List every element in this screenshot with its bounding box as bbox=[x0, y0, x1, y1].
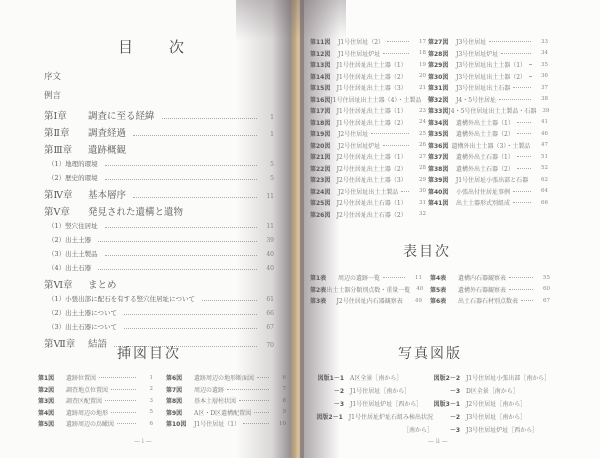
leader-dots bbox=[509, 277, 533, 278]
top-shadow bbox=[236, 0, 346, 40]
toc-label: （4）出土石器 bbox=[48, 263, 95, 272]
entry-label: 遺構外出土土器（3）・土製品 bbox=[451, 141, 530, 150]
page-ref: 17 bbox=[412, 39, 426, 45]
plate-label: A区全景［南から］ bbox=[350, 373, 402, 382]
leader-dots bbox=[513, 202, 531, 203]
entry-label: J2号住居址内石器観察表 bbox=[337, 296, 403, 305]
chapter-title: 基本層序 bbox=[88, 187, 130, 201]
page-ref: 24 bbox=[413, 119, 426, 125]
entry-number: 第5表 bbox=[430, 285, 458, 294]
entry-label: J2号住居址出土土製品 bbox=[338, 187, 398, 196]
page-ref: 11 bbox=[408, 275, 422, 281]
page-ref: 40 bbox=[416, 286, 423, 292]
entry-label: J3号住居址出土土器（1） bbox=[456, 60, 526, 69]
entry-label: 基本土層柱状図 bbox=[194, 396, 236, 405]
entry-number: 第10図 bbox=[166, 419, 194, 428]
leader-dots bbox=[517, 122, 531, 123]
leader-dots bbox=[105, 165, 257, 166]
page-ref: 32 bbox=[413, 211, 426, 217]
toc-label: （3）出土石器について bbox=[48, 322, 121, 331]
chapter-title: 発見された遺構と遺物 bbox=[88, 204, 187, 218]
chapter-title: 調査に至る経緯 bbox=[88, 108, 159, 122]
entry-label: J2号住居址出土土器（2） bbox=[337, 164, 407, 173]
entry-number: 第4図 bbox=[38, 408, 66, 417]
entry-label: J1号住居址炉址 bbox=[338, 49, 380, 58]
list-entry[interactable]: 第38図遺構外出土石器（2）52 bbox=[428, 163, 548, 175]
page-ref: 64 bbox=[534, 188, 548, 194]
page-ref: 33 bbox=[534, 39, 548, 45]
toc-label: （2）出土土器 bbox=[48, 235, 95, 244]
entry-label: J1号住居址小張出部と石器 bbox=[456, 175, 528, 184]
toc-title: 目 次 bbox=[118, 36, 186, 57]
plate-label: J3号住居址炉址［西から］ bbox=[466, 425, 538, 434]
page-ref: 19 bbox=[413, 62, 426, 68]
page-ref: 37 bbox=[534, 85, 548, 91]
plate-entry[interactable]: 図版2－2J1号住居址小張出部［南から］ bbox=[424, 371, 564, 384]
leader-dots bbox=[99, 377, 136, 378]
gutter-shadow bbox=[236, 0, 296, 458]
entry-number: 第38図 bbox=[428, 164, 456, 173]
entry-number: 第8図 bbox=[166, 396, 194, 405]
entry-number: 第34図 bbox=[428, 118, 456, 127]
page-ref: 20 bbox=[413, 73, 426, 79]
leader-dots bbox=[98, 269, 257, 270]
entry-number: 第39図 bbox=[428, 175, 456, 184]
entry-label: J1号住居址出土土器（1） bbox=[337, 106, 407, 115]
page-ref: 49 bbox=[409, 298, 422, 304]
plate-entry[interactable]: －3J3号住居址炉址［西から］ bbox=[424, 423, 564, 436]
leader-dots bbox=[517, 168, 531, 169]
page-ref: 27 bbox=[413, 154, 426, 160]
chapter-number: 第Ⅶ章 bbox=[44, 336, 88, 350]
entry-number: 第7図 bbox=[166, 385, 194, 394]
page-ref: 41 bbox=[534, 119, 548, 125]
entry-number: 第1図 bbox=[38, 373, 66, 382]
list-entry[interactable]: 第6表出土石器石材別点数表67 bbox=[430, 295, 550, 307]
page-ref: 47 bbox=[536, 142, 548, 148]
entry-number: 第4表 bbox=[430, 273, 458, 282]
toc-label: （1）竪穴住居址 bbox=[48, 221, 102, 230]
entry-label: 遺構外石器観察表 bbox=[458, 285, 506, 294]
list-entry[interactable]: 第36図遺構外出土土器（3）・土製品47 bbox=[428, 140, 548, 152]
entry-label: 遺跡位置図 bbox=[66, 373, 96, 382]
entry-number: 第6表 bbox=[430, 296, 458, 305]
tables-title: 表目次 bbox=[403, 241, 451, 261]
plate-entry[interactable]: 図版3－1J2号住居址［南から］ bbox=[424, 397, 564, 410]
list-entry[interactable]: 第5表遺構外石器観察表60 bbox=[430, 284, 550, 296]
leader-dots bbox=[105, 179, 257, 180]
entry-label: 遺構外出土土器（1） bbox=[456, 118, 514, 127]
entry-number: 第9図 bbox=[166, 408, 194, 417]
chapter-number: 第Ⅵ章 bbox=[44, 277, 88, 291]
chapter-number: 第Ⅳ章 bbox=[44, 187, 88, 201]
leader-dots bbox=[499, 99, 531, 100]
entry-label: 遺跡周辺の鳥瞰図 bbox=[66, 419, 114, 428]
leader-dots bbox=[489, 41, 531, 42]
entry-label: 遺構外出土土器（2） bbox=[456, 129, 514, 138]
list-entry[interactable]: 第41図出土土器形式別組成66 bbox=[428, 197, 548, 209]
toc-label: （2）歴史的環境 bbox=[48, 173, 102, 182]
gutter-shadow-right bbox=[300, 0, 340, 458]
entry-label: J3号住居址出土土器（2） bbox=[456, 72, 526, 81]
leader-dots bbox=[383, 277, 405, 278]
toc-label: （2）出土土器について bbox=[48, 308, 121, 317]
entry-label: J2号住居址出土石器（1） bbox=[337, 198, 407, 207]
book-spread: 目 次 序文例言第Ⅰ章調査に至る経緯1第Ⅱ章調査経過1第Ⅲ章遺跡概観（1）地理的… bbox=[0, 0, 600, 458]
list-entry[interactable]: 第5図遺跡周辺の鳥瞰図6 bbox=[38, 418, 153, 430]
leader-dots bbox=[371, 133, 409, 134]
entry-number: 第40図 bbox=[428, 187, 456, 196]
toc-label: （1）小張出部に配石を有する竪穴住居址について bbox=[48, 294, 199, 303]
list-entry[interactable]: 第35図遺構外出土土器（2）46 bbox=[428, 128, 548, 140]
page-ref: 51 bbox=[534, 154, 548, 160]
page-ref: 62 bbox=[534, 177, 548, 183]
list-entry[interactable]: 第28図J3号住居址炉址34 bbox=[428, 48, 548, 60]
list-entry[interactable]: 第2図調査地点位置図2 bbox=[38, 384, 153, 396]
leader-dots bbox=[517, 156, 531, 157]
entry-label: J1号住居址出土土器（3） bbox=[337, 83, 407, 92]
list-entry[interactable]: 第27図J3号住居址33 bbox=[428, 36, 548, 48]
entry-number: 第36図 bbox=[428, 141, 451, 150]
entry-number: 第5図 bbox=[38, 419, 66, 428]
entry-label: J4・5号住居址 bbox=[456, 95, 496, 104]
list-entry[interactable]: 第39図J1号住居址小張出部と石器62 bbox=[428, 174, 548, 186]
leader-dots bbox=[105, 227, 257, 228]
entry-number: 第30図 bbox=[428, 72, 456, 81]
leader-dots bbox=[517, 133, 531, 134]
list-entry[interactable]: 第30図J3号住居址出土土器（2）36 bbox=[428, 71, 548, 83]
page-ref: 21 bbox=[413, 85, 426, 91]
plate-list-col2: 図版2－2J1号住居址小張出部［南から］－3D区全景［南から］図版3－1J2号住… bbox=[424, 371, 564, 436]
entry-number: 第29図 bbox=[428, 60, 456, 69]
list-entry[interactable]: 第3図調査区配置図3 bbox=[38, 395, 153, 407]
entry-label: 遺構外出土石器（1） bbox=[456, 152, 514, 161]
plate-label: J1号住居址炉址石組み検出状況 bbox=[349, 412, 433, 421]
entry-number: 第35図 bbox=[428, 129, 456, 138]
entry-label: J2号住居址出土石器（2） bbox=[337, 210, 407, 219]
list-entry[interactable]: 第4表遺構内石器観察表55 bbox=[430, 272, 550, 284]
entry-number: 第28図 bbox=[428, 49, 456, 58]
toc-label: （1）地理的環境 bbox=[48, 159, 102, 168]
page-ref: 38 bbox=[534, 96, 548, 102]
leader-dots bbox=[105, 400, 136, 401]
leader-dots bbox=[529, 64, 531, 65]
entry-label: J1号住居址出土土器（4）・土製品 bbox=[330, 95, 421, 104]
leader-dots bbox=[383, 145, 409, 146]
page-ref: 52 bbox=[534, 165, 548, 171]
leader-dots bbox=[509, 289, 533, 290]
leader-dots bbox=[521, 300, 533, 301]
page-ref: 46 bbox=[534, 131, 548, 137]
page-ref: 28 bbox=[413, 165, 426, 171]
entry-label: 遺構外出土石器（2） bbox=[456, 164, 514, 173]
chapter-title: 調査経過 bbox=[88, 125, 130, 139]
entry-number: 第6図 bbox=[166, 373, 194, 382]
figure-list-right-col2: 第27図J3号住居址33第28図J3号住居址炉址34第29図J3号住居址出土土器… bbox=[428, 36, 548, 209]
entry-number: 第32図 bbox=[428, 95, 456, 104]
table-list-col2: 第4表遺構内石器観察表55第5表遺構外石器観察表60第6表出土石器石材別点数表6… bbox=[430, 272, 550, 307]
entry-label: J2号住居址出土土器（1） bbox=[337, 152, 407, 161]
chapter-number: 第Ⅰ章 bbox=[44, 108, 88, 122]
leader-dots bbox=[111, 389, 136, 390]
list-entry[interactable]: 第31図J3号住居址出土石器37 bbox=[428, 82, 548, 94]
plates-title: 写真図版 bbox=[398, 343, 462, 363]
entry-number: 第2図 bbox=[38, 385, 66, 394]
page-ref: 23 bbox=[413, 108, 426, 114]
page-ref: 35 bbox=[534, 62, 548, 68]
entry-label: J2号住居址 bbox=[338, 129, 368, 138]
leader-dots bbox=[105, 255, 257, 256]
entry-label: 周辺の遺跡 bbox=[194, 385, 224, 394]
plate-label: J1号住居址［南から］ bbox=[350, 386, 410, 395]
leader-dots bbox=[98, 241, 257, 242]
plate-number: －3 bbox=[424, 425, 466, 434]
toc-label: 序文 bbox=[44, 70, 65, 82]
leader-dots bbox=[387, 41, 409, 42]
entry-label: J1号住居址（1） bbox=[194, 419, 240, 428]
leader-dots bbox=[513, 191, 531, 192]
toc-label: （3）出土土製品 bbox=[48, 249, 102, 258]
list-entry[interactable]: 第32図J4・5号住居址38 bbox=[428, 94, 548, 106]
list-entry[interactable]: 第37図遺構外出土石器（1）51 bbox=[428, 151, 548, 163]
entry-label: J2号住居址炉址 bbox=[338, 141, 380, 150]
leader-dots bbox=[111, 412, 136, 413]
entry-number: 第31図 bbox=[428, 83, 456, 92]
page-ref: 25 bbox=[412, 131, 426, 137]
plate-number: 図版3－1 bbox=[424, 399, 466, 408]
plate-number: －3 bbox=[424, 386, 466, 395]
chapter-title: まとめ bbox=[88, 277, 121, 291]
entry-label: J1号住居址出土土器（2） bbox=[337, 118, 407, 127]
list-entry[interactable]: 第34図遺構外出土土器（1）41 bbox=[428, 117, 548, 129]
entry-label: 出土土器形式別組成 bbox=[456, 198, 510, 207]
toc-label: 例言 bbox=[44, 89, 65, 101]
entry-label: 遺跡周辺の地形 bbox=[66, 408, 108, 417]
entry-label: 調査区配置図 bbox=[66, 396, 102, 405]
leader-dots bbox=[383, 53, 409, 54]
page-number-right: — ii — bbox=[428, 438, 448, 445]
right-page: 第11図J1号住居址（2）17第12図J1号住居址炉址18第13図J1号住居址出… bbox=[300, 0, 600, 458]
chapter-number: 第Ⅲ章 bbox=[44, 142, 88, 156]
chapter-title: 遺跡概観 bbox=[88, 142, 130, 156]
figure-list-left-col1: 第1図遺跡位置図1第2図調査地点位置図2第3図調査区配置図3第4図遺跡周辺の地形… bbox=[38, 372, 153, 430]
entry-label: J3号住居址出土石器 bbox=[456, 83, 510, 92]
chapter-number: 第Ⅱ章 bbox=[44, 125, 88, 139]
entry-number: 第41図 bbox=[428, 198, 456, 207]
leader-dots bbox=[117, 423, 136, 424]
plate-entry[interactable]: －2J3号住居址［南から］ bbox=[424, 410, 564, 423]
plate-label: J1号住居址小張出部［南から］ bbox=[466, 373, 550, 382]
entry-label: J2号住居址出土土器（3） bbox=[337, 175, 407, 184]
plate-label: D区全景［南から］ bbox=[466, 386, 519, 395]
list-entry[interactable]: 第40図小張出付住居址事例64 bbox=[428, 186, 548, 198]
entry-label: 周辺の遺跡一覧 bbox=[338, 273, 380, 282]
plate-number: 図版2－2 bbox=[424, 373, 466, 382]
plate-number: －2 bbox=[424, 412, 466, 421]
leader-dots bbox=[529, 76, 531, 77]
page-ref: 36 bbox=[534, 73, 548, 79]
list-entry[interactable]: 第29図J3号住居址出土土器（1）35 bbox=[428, 59, 548, 71]
plate-entry[interactable]: －3D区全景［南から］ bbox=[424, 384, 564, 397]
page-ref: 55 bbox=[536, 275, 550, 281]
plate-label: J2号住居址［南から］ bbox=[466, 399, 526, 408]
entry-number: 第27図 bbox=[428, 37, 456, 46]
list-entry[interactable]: 第33図J4・5号住居址出土土製品・石器39 bbox=[428, 105, 548, 117]
page-ref: 34 bbox=[534, 50, 548, 56]
page-ref: 31 bbox=[413, 200, 426, 206]
entry-label: J1号住居址出土土器（1） bbox=[337, 60, 407, 69]
entry-label: 遺構内石器観察表 bbox=[458, 273, 506, 282]
list-entry[interactable]: 第1図遺跡位置図1 bbox=[38, 372, 153, 384]
entry-label: J3号住居址炉址 bbox=[456, 49, 498, 58]
chapter-title: 結語 bbox=[88, 336, 111, 350]
entry-label: 調査地点位置図 bbox=[66, 385, 108, 394]
page-ref: 18 bbox=[412, 50, 426, 56]
entry-number: 第33図 bbox=[428, 106, 448, 115]
entry-number: 第37図 bbox=[428, 152, 456, 161]
page-ref: 67 bbox=[536, 298, 550, 304]
entry-label: 小張出付住居址事例 bbox=[456, 187, 510, 196]
entry-label: J3号住居址 bbox=[456, 37, 486, 46]
leader-dots bbox=[501, 53, 531, 54]
page-ref: 66 bbox=[534, 200, 548, 206]
entry-label: J1号住居址出土土器（2） bbox=[337, 72, 407, 81]
page-number-left: — i — bbox=[134, 438, 152, 445]
leader-dots bbox=[401, 191, 409, 192]
page-ref: 60 bbox=[536, 286, 550, 292]
page-ref: 29 bbox=[413, 177, 426, 183]
page-ref: 26 bbox=[412, 142, 426, 148]
leader-dots bbox=[513, 87, 531, 88]
entry-label: 出土石器石材別点数表 bbox=[458, 296, 518, 305]
plate-label: J3号住居址［南から］ bbox=[466, 412, 526, 421]
page-ref: 3 bbox=[139, 398, 153, 404]
page-ref: 39 bbox=[542, 108, 549, 114]
page-ref: 6 bbox=[139, 421, 153, 427]
chapter-number: 第Ⅴ章 bbox=[44, 204, 88, 218]
entry-number: 第3図 bbox=[38, 396, 66, 405]
plate-label: J1号住居址炉址［西から］ bbox=[350, 399, 422, 408]
page-ref: 2 bbox=[139, 386, 153, 392]
page-ref: 1 bbox=[139, 375, 153, 381]
figures-title: 挿図目次 bbox=[117, 343, 181, 363]
page-ref: 30 bbox=[412, 188, 426, 194]
entry-label: J4・5号住居址出土土製品・石器 bbox=[448, 106, 536, 115]
page-ref: 5 bbox=[139, 409, 153, 415]
list-entry[interactable]: 第4図遺跡周辺の地形5 bbox=[38, 407, 153, 419]
